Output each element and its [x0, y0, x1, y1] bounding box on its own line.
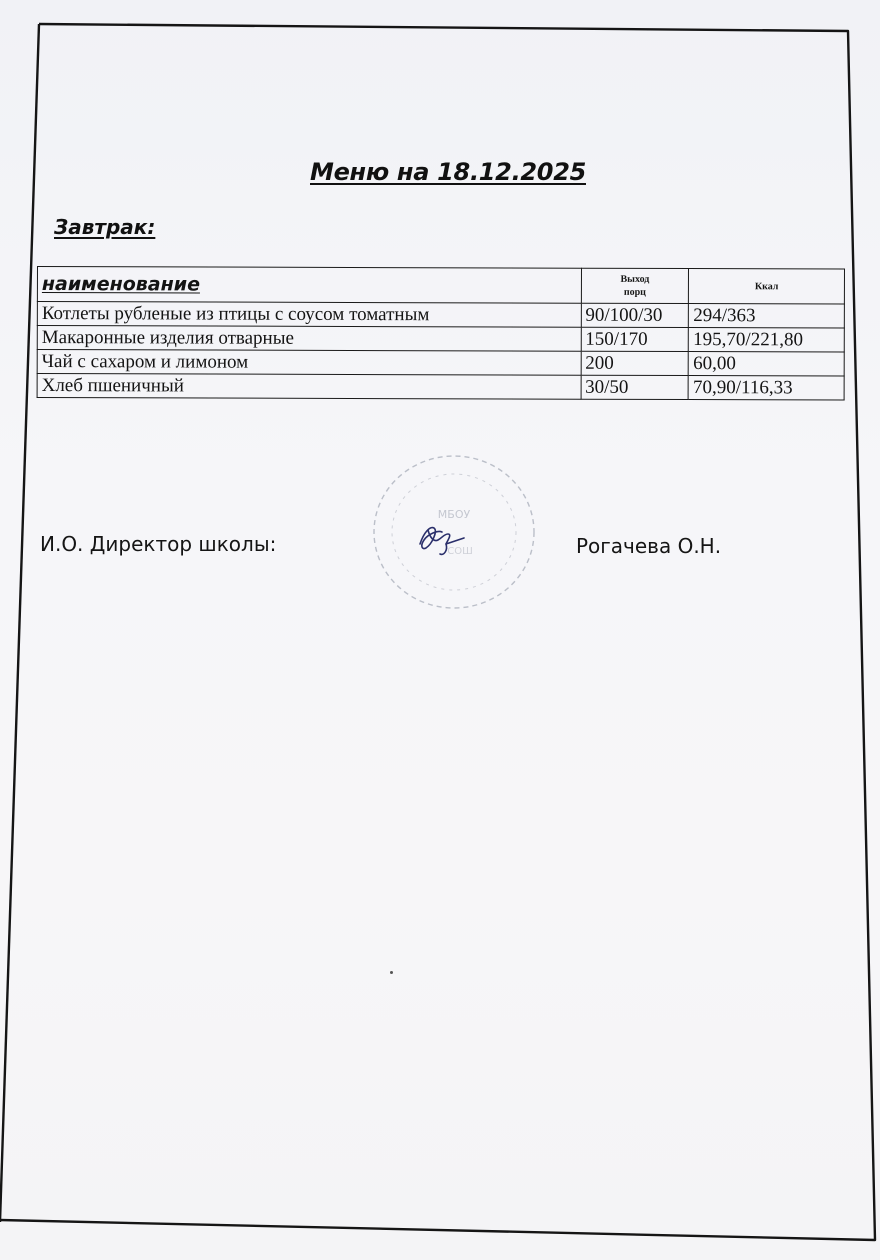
header-yield-line2: порц	[624, 287, 646, 298]
stamp-icon: МБОУ СОШ	[368, 452, 540, 612]
dish-name: Котлеты рубленые из птицы с соусом томат…	[37, 302, 581, 328]
dish-yield: 90/100/30	[581, 303, 689, 327]
dish-name: Чай с сахаром и лимоном	[37, 350, 581, 376]
signatory-title: И.О. Директор школы:	[40, 532, 276, 556]
page-title: Меню на 18.12.2025	[310, 158, 586, 186]
stamp-text-bottom: СОШ	[447, 546, 473, 557]
header-kcal: Ккал	[689, 269, 845, 304]
dish-yield: 30/50	[581, 375, 689, 399]
table-row: Хлеб пшеничный 30/50 70,90/116,33	[37, 374, 844, 401]
dish-kcal: 70,90/116,33	[688, 376, 844, 400]
dish-kcal: 195,70/221,80	[689, 328, 845, 352]
meal-heading: Завтрак:	[54, 215, 155, 239]
dish-kcal: 294/363	[689, 304, 845, 328]
dish-name: Макаронные изделия отварные	[37, 326, 581, 352]
dish-yield: 200	[581, 351, 689, 375]
signatory-name: Рогачева О.Н.	[576, 534, 721, 558]
paper-speck	[390, 971, 393, 974]
header-yield: Выход порц	[581, 268, 689, 303]
table-header-row: наименование Выход порц Ккал	[37, 267, 844, 305]
table-row: Чай с сахаром и лимоном 200 60,00	[37, 350, 844, 377]
header-name: наименование	[37, 267, 581, 304]
menu-table: наименование Выход порц Ккал Котлеты руб…	[37, 266, 845, 401]
dish-name: Хлеб пшеничный	[37, 374, 581, 400]
dish-yield: 150/170	[581, 327, 689, 351]
header-yield-line1: Выход	[620, 274, 649, 285]
stamp-text-top: МБОУ	[438, 508, 471, 521]
table-row: Котлеты рубленые из птицы с соусом томат…	[37, 302, 844, 329]
table-row: Макаронные изделия отварные 150/170 195,…	[37, 326, 844, 353]
paper-background	[0, 0, 880, 1260]
dish-kcal: 60,00	[689, 352, 845, 376]
